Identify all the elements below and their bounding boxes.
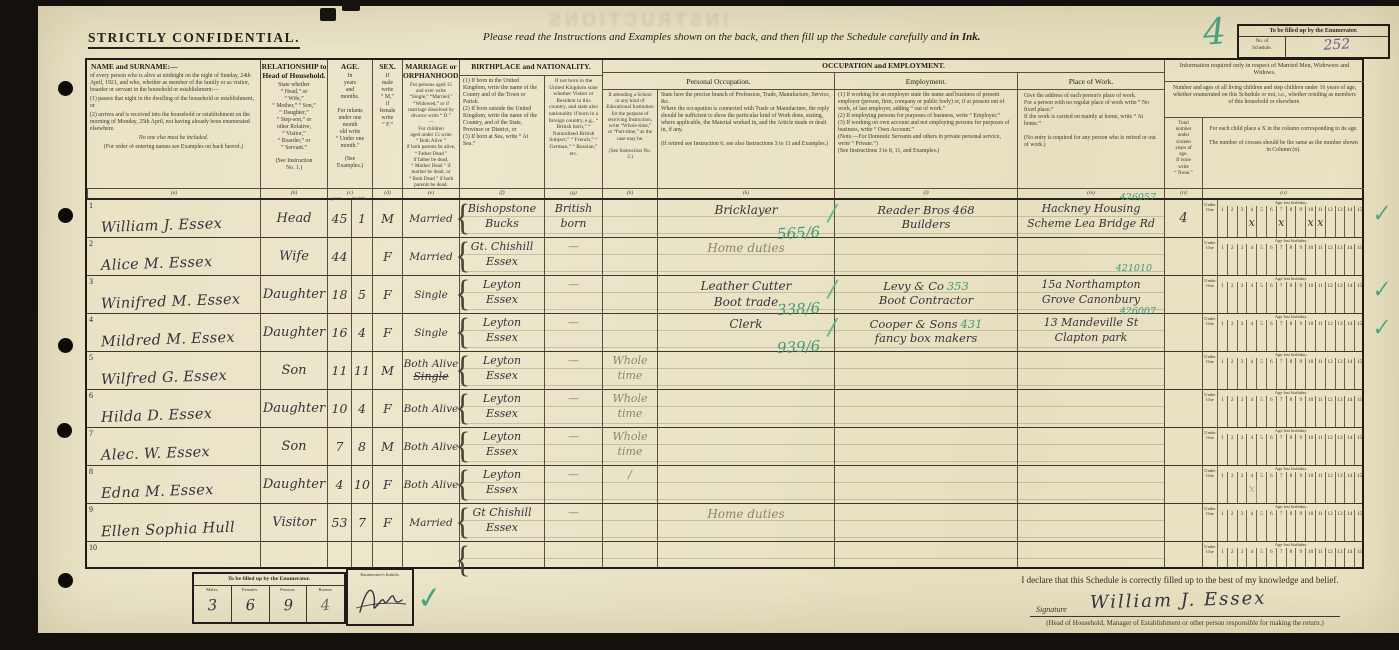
- total-under16-cell: [1164, 542, 1202, 567]
- age-years-value: 45: [332, 211, 348, 226]
- col-header-married-info: Information required only in respect of …: [1164, 60, 1364, 82]
- table-row: 6 Hilda D. Essex Daughter 10 4 F: [87, 390, 1362, 428]
- occupation-line1: Home duties: [658, 240, 834, 256]
- persons-label: Persons.: [270, 586, 307, 594]
- age-years-cell: 18: [327, 276, 351, 313]
- table-row: 10: [87, 542, 1362, 567]
- name-cell: 10: [87, 542, 260, 567]
- employer-name: Levy & Co: [883, 279, 944, 293]
- birthplace-line2: Essex: [460, 255, 544, 270]
- marriage-value: Single: [414, 289, 448, 301]
- birthplace-line2: Essex: [460, 483, 544, 498]
- sex-value: F: [383, 249, 392, 264]
- signature-label: Signature: [1036, 605, 1067, 614]
- col-letter-o: (o): [1202, 188, 1364, 198]
- col-desc: (2) arrives and is received into the hou…: [90, 112, 257, 133]
- sex-value: F: [383, 515, 392, 530]
- employer-name: Cooper & Sons: [870, 317, 958, 331]
- grid-age-marks: xxxx: [1203, 214, 1364, 237]
- table-body: 1 William J. Essex Head 45 1 M: [87, 200, 1362, 567]
- grid-under-one-label: Under One: [1203, 352, 1217, 366]
- person-name: Alice M. Essex: [101, 254, 213, 274]
- birthplace-cell: { Leyton Essex: [459, 466, 544, 503]
- nationality-cell: —: [544, 390, 602, 427]
- sex-cell: M: [372, 428, 402, 465]
- row-number: 8: [89, 467, 93, 476]
- sex-value: F: [383, 401, 392, 416]
- place-of-work-cell: 426007 13 Mandeville St Clapton park: [1017, 314, 1164, 351]
- grid-age-numbers: 123456789101112131415: [1218, 282, 1364, 290]
- scan-ink-mark: [342, 0, 360, 11]
- females-column: Females. 6: [231, 586, 269, 623]
- age-years-value: 4: [336, 477, 344, 492]
- col-header-place-of-work: Give the address of each person's place …: [1017, 90, 1164, 188]
- employer-business: fancy box makers: [835, 331, 1017, 347]
- birthplace-cell: { Bishopstone Bucks: [459, 200, 544, 237]
- birthplace-line1: Leyton: [460, 468, 544, 483]
- punch-hole: [58, 81, 73, 96]
- relationship-cell: Head: [260, 200, 327, 237]
- col-letter-b: (b): [260, 188, 327, 198]
- females-value: 6: [231, 595, 269, 616]
- employment-cell: / Levy & Co 353 Boot Contractor: [834, 276, 1017, 313]
- col-desc: State here the precise branch of Profess…: [661, 92, 831, 148]
- row-number: 5: [89, 353, 93, 362]
- total-under16-cell: [1164, 314, 1202, 351]
- sex-cell: M: [372, 200, 402, 237]
- age-months-cell: 10: [351, 466, 372, 503]
- col-header-ages-grid: For each child place a X in the column c…: [1202, 118, 1364, 188]
- col-header-name: NAME and SURNAME:— of every person who i…: [87, 60, 260, 188]
- birthplace-line2: Bucks: [460, 217, 544, 232]
- school-cell: Whole time: [602, 352, 657, 389]
- table-row: 2 Alice M. Essex Wife 44 F: [87, 238, 1362, 276]
- person-name: William J. Essex: [101, 216, 223, 236]
- place-code-green: 426057: [1120, 192, 1156, 203]
- school-line2: time: [603, 369, 657, 384]
- ages-grid-cell: Under One Age last birthday. 12345678910…: [1202, 504, 1364, 541]
- nationality-line1: —: [545, 354, 602, 369]
- row-number: 1: [89, 201, 93, 210]
- col-header-place-of-work-title: Place of Work.: [1017, 73, 1164, 90]
- marriage-cell: Both Alive: [402, 466, 459, 503]
- age-years-cell: 11: [327, 352, 351, 389]
- sex-value: M: [381, 211, 394, 226]
- ages-grid-cell: Under One Age last birthday. 12345678910…: [1202, 466, 1364, 503]
- relationship-value: Son: [281, 363, 306, 378]
- row-number: 4: [89, 315, 93, 324]
- school-line1: Whole: [603, 354, 657, 369]
- col-desc: If not born in the United Kingdom state …: [548, 78, 599, 157]
- school-line2: time: [603, 407, 657, 422]
- grid-under-one-label: Under One: [1203, 504, 1217, 518]
- col-title: Employment.: [835, 73, 1017, 86]
- enumerator-count-box: To be filled up by the Enumerator. Males…: [192, 572, 346, 624]
- col-letter-f: (f): [459, 188, 544, 198]
- table-row: 7 Alec. W. Essex Son 7 8 M: [87, 428, 1362, 466]
- col-header-children-count: Number and ages of all living children a…: [1164, 82, 1364, 118]
- employer-code: 431: [960, 317, 982, 331]
- marriage-value: Both Alive: [404, 441, 459, 453]
- age-months-value: 10: [354, 477, 370, 492]
- school-cell: [602, 276, 657, 313]
- scan-ink-mark: [320, 8, 336, 21]
- col-title: RELATIONSHIP to Head of Household.: [261, 60, 327, 80]
- grid-age-marks: [1203, 290, 1364, 313]
- person-name: Alec. W. Essex: [101, 444, 211, 464]
- total-under16-cell: [1164, 504, 1202, 541]
- row-number: 2: [89, 239, 93, 248]
- place-of-work-cell: [1017, 390, 1164, 427]
- relationship-value: Daughter: [263, 401, 325, 416]
- grid-age-marks: [1203, 366, 1364, 389]
- school-line1: Whole: [603, 392, 657, 407]
- col-letter-l: (l): [834, 188, 1017, 198]
- females-label: Females.: [232, 586, 269, 594]
- marriage-cell: Both Alive: [402, 390, 459, 427]
- grid-age-marks: [1203, 252, 1364, 275]
- place-code-green: 421010: [1116, 263, 1152, 274]
- nationality-line1: —: [545, 506, 602, 521]
- ages-grid-cell: Under One Age last birthday. 12345678910…: [1202, 238, 1364, 275]
- occupation-line1: Clerk: [658, 316, 834, 332]
- place-line2: Clapton park: [1018, 331, 1164, 346]
- employer-business: Builders: [835, 217, 1017, 233]
- person-name: Ellen Sophia Hull: [101, 520, 235, 541]
- relationship-value: Visitor: [272, 515, 315, 530]
- birthplace-line2: Essex: [460, 407, 544, 422]
- col-letter-h: (h): [602, 188, 657, 198]
- declaration-text: I declare that this Schedule is correctl…: [970, 575, 1390, 585]
- age-years-cell: 10: [327, 390, 351, 427]
- brace-glyph: {: [455, 537, 470, 581]
- col-letter-e: (e): [402, 188, 459, 198]
- birthplace-line1: Leyton: [460, 316, 544, 331]
- occupation-cell: [657, 428, 834, 465]
- marriage-value: Married: [409, 517, 452, 529]
- punch-hole: [58, 573, 73, 588]
- col-header-employment: (1) If working for an employer state the…: [834, 90, 1017, 188]
- col-desc: Number and ages of all living children a…: [1171, 85, 1358, 106]
- col-header-occupation-employment: OCCUPATION and EMPLOYMENT.: [602, 60, 1164, 73]
- nationality-line1: —: [545, 468, 602, 483]
- name-cell: 4 Mildred M. Essex: [87, 314, 260, 351]
- person-name: Hilda D. Essex: [101, 406, 213, 426]
- school-cell: [602, 542, 657, 567]
- col-header-school: If attending a School or any kind of Edu…: [602, 90, 657, 188]
- punch-hole: [57, 423, 72, 438]
- col-desc: (1) passes that night in the dwelling of…: [90, 96, 257, 110]
- relationship-value: Son: [281, 439, 306, 454]
- marriage-cell: Married: [402, 504, 459, 541]
- col-desc: Total number under sixteen years of age.…: [1168, 120, 1199, 176]
- relationship-cell: Son: [260, 352, 327, 389]
- total-under16-cell: [1164, 238, 1202, 275]
- col-desc: of every person who is alive at midnight…: [90, 73, 257, 94]
- col-desc: No one else must be included.: [90, 135, 257, 142]
- persons-column: Persons. 9: [269, 586, 307, 623]
- person-name: Mildred M. Essex: [101, 330, 235, 351]
- occupation-cell: Leather Cutter Boot trade 338/6: [657, 276, 834, 313]
- place-of-work-cell: 421010: [1017, 238, 1164, 275]
- enumerator-box-title: To be filled up by the Enumerator.: [194, 574, 344, 586]
- school-cell: Whole time: [602, 428, 657, 465]
- grid-age-marks: [1203, 404, 1364, 427]
- birthplace-line1: Leyton: [460, 278, 544, 293]
- nationality-cell: —: [544, 314, 602, 351]
- birthplace-cell: { Leyton Essex: [459, 428, 544, 465]
- grid-age-marks: [1203, 328, 1364, 351]
- employment-cell: [834, 390, 1017, 427]
- grid-age-numbers: 123456789101112131415: [1218, 396, 1364, 404]
- punch-hole: [58, 208, 73, 223]
- sex-cell: F: [372, 238, 402, 275]
- col-title: Place of Work.: [1018, 73, 1164, 86]
- col-desc: In years and months. For infants under o…: [331, 73, 369, 170]
- place-line1: Hackney Housing: [1018, 202, 1164, 217]
- age-months-value: 8: [358, 439, 366, 454]
- age-months-cell: 1: [351, 200, 372, 237]
- grid-age-marks: x: [1203, 480, 1364, 503]
- table-row: 9 Ellen Sophia Hull Visitor 53 7 F: [87, 504, 1362, 542]
- nationality-cell: —: [544, 428, 602, 465]
- col-title: OCCUPATION and EMPLOYMENT.: [603, 60, 1164, 70]
- name-cell: 7 Alec. W. Essex: [87, 428, 260, 465]
- sex-value: M: [381, 363, 394, 378]
- employment-cell: / Reader Bros 468 Builders: [834, 200, 1017, 237]
- age-years-value: 53: [332, 515, 348, 530]
- col-desc: State whether “ Head,” or “ Wife,” “ Mot…: [264, 82, 324, 172]
- occupation-cell: [657, 466, 834, 503]
- ages-grid-cell: Under One Age last birthday. 12345678910…: [1202, 352, 1364, 389]
- age-months-cell: 7: [351, 504, 372, 541]
- males-label: Males.: [194, 586, 231, 594]
- marriage-cell: Both Alive Single: [402, 352, 459, 389]
- place-of-work-cell: [1017, 542, 1164, 567]
- nationality-cell: —: [544, 276, 602, 313]
- occupation-cell: Home duties: [657, 504, 834, 541]
- school-cell: [602, 314, 657, 351]
- age-months-value: 4: [358, 325, 366, 340]
- birthplace-line2: Essex: [460, 521, 544, 536]
- occupation-line1: Leather Cutter: [658, 278, 834, 294]
- occupation-cell: Home duties: [657, 238, 834, 275]
- schedule-number-label: No. of Schedule.: [1239, 37, 1286, 58]
- col-title: SEX.: [373, 60, 402, 71]
- age-months-cell: 8: [351, 428, 372, 465]
- age-years-value: 7: [336, 439, 344, 454]
- nationality-line1: —: [545, 392, 602, 407]
- nationality-line1: —: [545, 240, 602, 255]
- rooms-column: Rooms. 4: [306, 586, 344, 623]
- grid-age-numbers: 123456789101112131415: [1218, 434, 1364, 442]
- instruction-emphasis: in Ink.: [950, 31, 981, 43]
- col-title: AGE.: [328, 60, 372, 71]
- age-months-cell: 4: [351, 314, 372, 351]
- birthplace-line1: Leyton: [460, 354, 544, 369]
- place-code-green: 426007: [1120, 306, 1156, 317]
- grid-under-one-label: Under One: [1203, 428, 1217, 442]
- age-years-cell: 16: [327, 314, 351, 351]
- employer-code: 353: [947, 279, 969, 293]
- row-number: 9: [89, 505, 93, 514]
- col-letter-d: (d): [372, 188, 402, 198]
- grid-age-marks: [1203, 556, 1364, 567]
- marriage-struck-value: Single: [413, 370, 448, 383]
- marriage-value: Married: [409, 213, 452, 225]
- col-header-birthplace-nationality: BIRTHPLACE and NATIONALITY.: [459, 60, 602, 76]
- row-number: 6: [89, 391, 93, 400]
- place-of-work-cell: [1017, 466, 1164, 503]
- school-cell: Whole time: [602, 390, 657, 427]
- green-check-mark: ✓: [1368, 276, 1391, 305]
- total-under16-cell: [1164, 276, 1202, 313]
- relationship-cell: Daughter: [260, 314, 327, 351]
- grid-age-numbers: 123456789101112131415: [1218, 358, 1364, 366]
- relationship-cell: Daughter: [260, 466, 327, 503]
- table-header: NAME and SURNAME:— of every person who i…: [87, 60, 1362, 200]
- person-name: Wilfred G. Essex: [101, 368, 227, 388]
- grid-under-one-label: Under One: [1203, 276, 1217, 290]
- occupation-line1: Bricklayer: [658, 202, 834, 218]
- nationality-line1: —: [545, 316, 602, 331]
- schedule-number-box: To be filled up by the Enumerator. No. o…: [1237, 24, 1390, 59]
- age-years-cell: 4: [327, 466, 351, 503]
- total-under16-cell: 4: [1164, 200, 1202, 237]
- col-desc: Give the address of each person's place …: [1024, 93, 1158, 149]
- rooms-value: 4: [307, 595, 345, 616]
- name-cell: 3 Winifred M. Essex: [87, 276, 260, 313]
- persons-value: 9: [269, 595, 307, 616]
- green-check-mark: ✓: [1368, 314, 1391, 343]
- col-header-employment-title: Employment.: [834, 73, 1017, 90]
- col-title: BIRTHPLACE and NATIONALITY.: [460, 60, 602, 71]
- grid-age-marks: [1203, 442, 1364, 465]
- employment-cell: / Cooper & Sons 431 fancy box makers: [834, 314, 1017, 351]
- place-of-work-cell: 426057 Hackney Housing Scheme Lea Bridge…: [1017, 200, 1164, 237]
- table-row: 3 Winifred M. Essex Daughter 18 5 F: [87, 276, 1362, 314]
- birthplace-line1: Leyton: [460, 392, 544, 407]
- employment-cell: [834, 238, 1017, 275]
- marriage-cell: Single: [402, 314, 459, 351]
- col-header-nationality: If not born in the United Kingdom state …: [544, 76, 602, 188]
- age-months-cell: 5: [351, 276, 372, 313]
- relationship-cell: Wife: [260, 238, 327, 275]
- col-letter-n: (n): [1164, 188, 1202, 198]
- school-cell: [602, 238, 657, 275]
- schedule-number-value: 252: [1286, 34, 1389, 60]
- nationality-cell: —: [544, 504, 602, 541]
- age-months-value: 5: [358, 287, 366, 302]
- total-under16-cell: [1164, 428, 1202, 465]
- person-name: Edna M. Essex: [101, 482, 214, 502]
- relationship-value: Wife: [279, 249, 309, 264]
- marriage-value: Married: [409, 251, 452, 263]
- grid-age-numbers: 123456789101112131415: [1218, 206, 1364, 214]
- col-title: Information required only in respect of …: [1173, 62, 1356, 77]
- col-letter-g: (g): [544, 188, 602, 198]
- age-years-value: 16: [332, 325, 348, 340]
- relationship-cell: Visitor: [260, 504, 327, 541]
- table-row: 5 Wilfred G. Essex Son 11 11 M: [87, 352, 1362, 390]
- nationality-line1: —: [545, 278, 602, 293]
- sex-cell: F: [372, 390, 402, 427]
- birthplace-line1: Leyton: [460, 430, 544, 445]
- grid-under-one-label: Under One: [1203, 542, 1217, 556]
- nationality-line1: —: [545, 430, 602, 445]
- birthplace-line2: Essex: [460, 445, 544, 460]
- ages-grid-cell: Under One Age last birthday. 12345678910…: [1202, 390, 1364, 427]
- employment-cell: [834, 504, 1017, 541]
- marriage-cell: Married: [402, 200, 459, 237]
- ages-grid-cell: Under One Age last birthday. 12345678910…: [1202, 542, 1364, 567]
- grid-age-numbers: 123456789101112131415: [1218, 548, 1364, 556]
- name-cell: 5 Wilfred G. Essex: [87, 352, 260, 389]
- col-title: Personal Occupation.: [603, 73, 834, 86]
- age-months-cell: [351, 238, 372, 275]
- col-desc: For persons aged 15 and over write “Sing…: [406, 82, 456, 188]
- ages-grid-cell: Under One Age last birthday. 12345678910…: [1202, 276, 1364, 313]
- employer-name: Reader Bros: [877, 203, 949, 217]
- col-header-occupation: State here the precise branch of Profess…: [657, 90, 834, 188]
- place-line1: 15a Northampton: [1018, 278, 1164, 293]
- grid-age-numbers: 123456789101112131415: [1218, 244, 1364, 252]
- occupation-cell: Bricklayer 565/6: [657, 200, 834, 237]
- col-header-relationship: RELATIONSHIP to Head of Household. State…: [260, 60, 327, 188]
- col-header-sex: SEX. If male write “ M,” if female write…: [372, 60, 402, 188]
- employment-cell: [834, 428, 1017, 465]
- sex-cell: F: [372, 276, 402, 313]
- table-row: 1 William J. Essex Head 45 1 M: [87, 200, 1362, 238]
- green-check-mark: ✓: [1368, 200, 1391, 229]
- row-number: 3: [89, 277, 93, 286]
- green-check-mark: ✓: [415, 580, 444, 617]
- bleed-through-text: INSTRUCTIONS: [545, 10, 728, 31]
- col-header-total-under16: Total number under sixteen years of age.…: [1164, 118, 1202, 188]
- name-cell: 6 Hilda D. Essex: [87, 390, 260, 427]
- age-months-unit-label: months.: [349, 197, 370, 202]
- ages-grid-cell: Under One Age last birthday. 12345678910…: [1202, 428, 1364, 465]
- col-header-marriage: MARRIAGE or ORPHANHOOD. For persons aged…: [402, 60, 459, 188]
- col-header-age: AGE. In years and months. For infants un…: [327, 60, 372, 188]
- person-name: Winifred M. Essex: [101, 292, 241, 313]
- age-years-cell: 53: [327, 504, 351, 541]
- sex-cell: F: [372, 466, 402, 503]
- occupation-cell: [657, 352, 834, 389]
- relationship-cell: Daughter: [260, 390, 327, 427]
- grid-under-one-label: Under One: [1203, 200, 1217, 214]
- grid-age-numbers: 123456789101112131415: [1218, 320, 1364, 328]
- relationship-value: Head: [276, 211, 311, 226]
- row-number: 10: [89, 543, 97, 552]
- school-line2: time: [603, 445, 657, 460]
- birthplace-cell: { Leyton Essex: [459, 314, 544, 351]
- enumerator-initials-label: Enumerator's Initials.: [348, 570, 412, 577]
- school-cell: [602, 504, 657, 541]
- grid-under-one-label: Under One: [1203, 238, 1217, 252]
- marriage-cell: [402, 542, 459, 567]
- marriage-cell: Both Alive: [402, 428, 459, 465]
- birthplace-line1: Bishopstone: [460, 202, 544, 217]
- green-schedule-mark: 4: [1202, 11, 1228, 53]
- nationality-cell: —: [544, 466, 602, 503]
- grid-age-marks: [1203, 518, 1364, 541]
- sex-value: F: [383, 325, 392, 340]
- col-desc: If attending a School or any kind of Edu…: [606, 92, 654, 161]
- instruction-text: Please read the Instructions and Example…: [483, 31, 950, 43]
- col-title: MARRIAGE or ORPHANHOOD.: [403, 60, 459, 80]
- sex-cell: M: [372, 352, 402, 389]
